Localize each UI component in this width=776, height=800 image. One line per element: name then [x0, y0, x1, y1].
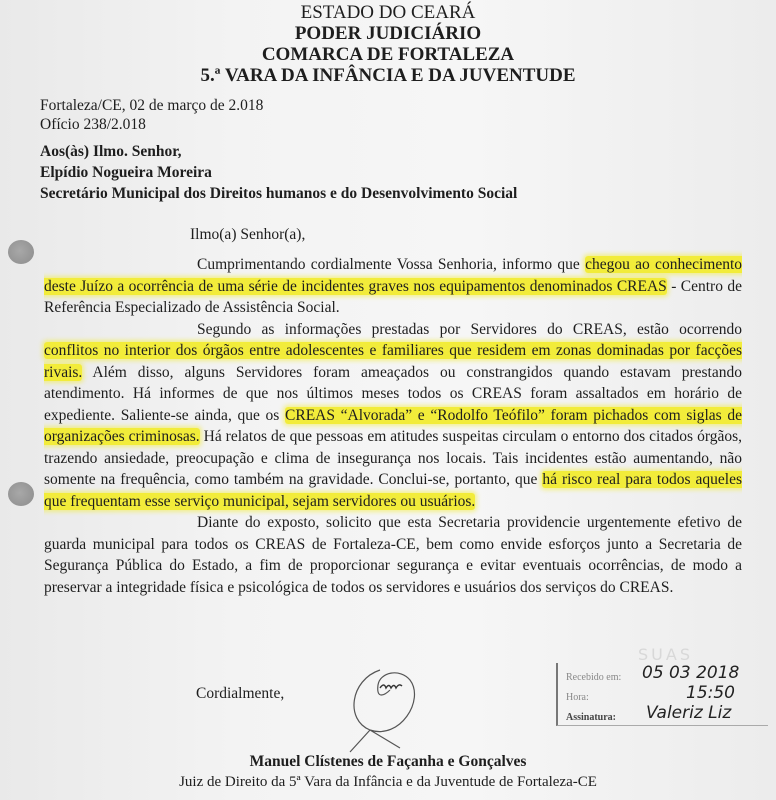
header-district: COMARCA DE FORTALEZA [0, 44, 776, 65]
addressee-title: Secretário Municipal dos Direitos humano… [40, 183, 517, 204]
addressee-name: Elpídio Nogueira Moreira [40, 162, 517, 183]
punch-hole-icon [8, 482, 34, 506]
signature-value: Valeriz Liz [646, 703, 731, 723]
header-state: ESTADO DO CEARÁ [0, 2, 776, 23]
signature-icon [340, 660, 460, 755]
time-label: Hora: [566, 692, 589, 703]
signer-name: Manuel Clístenes de Façanha e Gonçalves [0, 752, 776, 772]
paragraph-1: Cumprimentando cordialmente Vossa Senhor… [44, 254, 742, 319]
header-judiciary: PODER JUDICIÁRIO [0, 23, 776, 44]
received-label: Recebido em: [566, 672, 621, 683]
place-date: Fortaleza/CE, 02 de março de 2.018 [40, 96, 263, 115]
addressee-salutation: Aos(às) Ilmo. Senhor, [40, 141, 517, 162]
paragraph-2: Segundo as informações prestadas por Ser… [44, 319, 742, 513]
addressee-block: Aos(às) Ilmo. Senhor, Elpídio Nogueira M… [40, 141, 517, 204]
signature-label: Assinatura: [566, 712, 616, 723]
letter-body: Cumprimentando cordialmente Vossa Senhor… [44, 254, 742, 598]
stamp-watermark: SUAS [638, 645, 693, 664]
signer-block: Manuel Clístenes de Façanha e Gonçalves … [0, 752, 776, 792]
time-value: 15:50 [686, 683, 735, 703]
greeting: Ilmo(a) Senhor(a), [190, 226, 305, 244]
scanned-letter: ESTADO DO CEARÁ PODER JUDICIÁRIO COMARCA… [0, 0, 776, 800]
closing: Cordialmente, [196, 685, 284, 703]
paragraph-3: Diante do exposto, solicito que esta Sec… [44, 512, 742, 598]
receipt-stamp: SUAS Recebido em: 05 03 2018 Hora: 15:50… [556, 663, 768, 726]
letter-meta: Fortaleza/CE, 02 de março de 2.018 Ofíci… [40, 96, 263, 134]
signer-role: Juiz de Direito da 5ª Vara da Infância e… [0, 772, 776, 792]
received-date: 05 03 2018 [642, 663, 739, 683]
punch-hole-icon [8, 240, 34, 264]
letterhead: ESTADO DO CEARÁ PODER JUDICIÁRIO COMARCA… [0, 2, 776, 86]
header-court: 5.ª VARA DA INFÂNCIA E DA JUVENTUDE [0, 65, 776, 86]
office-number: Ofício 238/2.018 [40, 115, 263, 134]
